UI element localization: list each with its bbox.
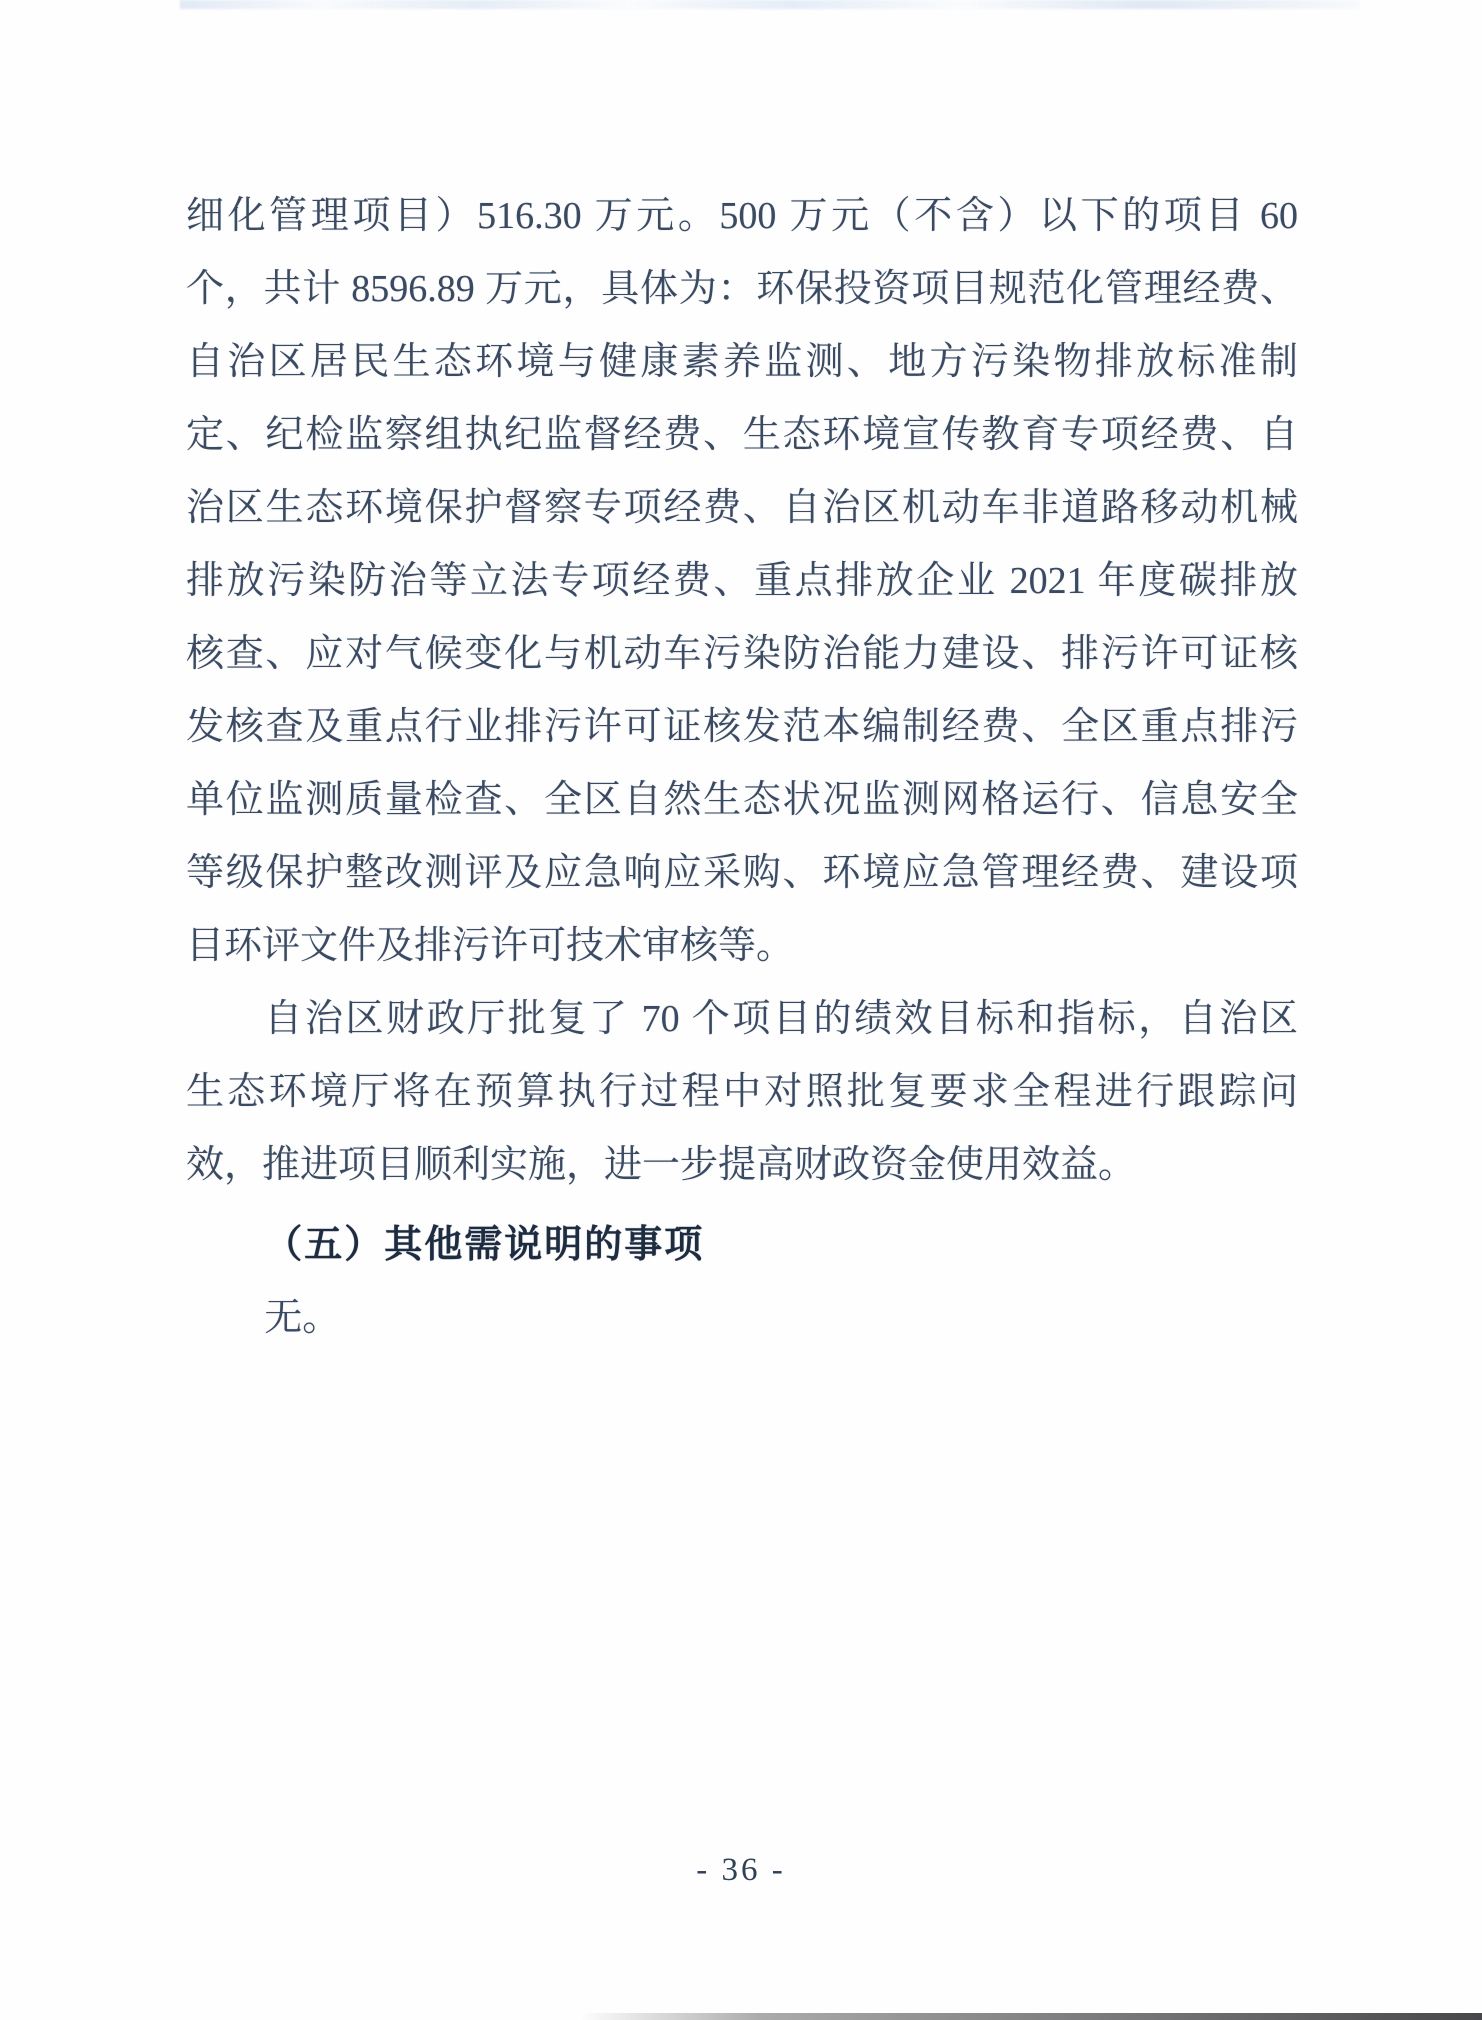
scan-artifact-top-edge [180, 0, 1360, 9]
text-line: 等级保护整改测评及应急响应采购、环境应急管理经费、建设项 [186, 837, 1298, 910]
text-line: 个，共计 8596.89 万元，具体为：环保投资项目规范化管理经费、 [186, 253, 1298, 326]
text-line: 单位监测质量检查、全区自然生态状况监测网格运行、信息安全 [186, 764, 1298, 837]
text-line: 核查、应对气候变化与机动车污染防治能力建设、排污许可证核 [186, 618, 1298, 691]
text-line: 自治区财政厅批复了 70 个项目的绩效目标和指标，自治区 [186, 983, 1298, 1056]
text-line: 治区生态环境保护督察专项经费、自治区机动车非道路移动机械 [186, 472, 1298, 545]
text-line: 生态环境厅将在预算执行过程中对照批复要求全程进行跟踪问 [186, 1056, 1298, 1129]
paragraph: 自治区财政厅批复了 70 个项目的绩效目标和指标，自治区生态环境厅将在预算执行过… [186, 983, 1298, 1202]
scan-artifact-bottom-edge [580, 2013, 1482, 2020]
section-heading: （五）其他需说明的事项 [186, 1209, 1298, 1282]
text-line: 定、纪检监察组执纪监督经费、生态环境宣传教育专项经费、自 [186, 399, 1298, 472]
document-page: 细化管理项目）516.30 万元。500 万元（不含）以下的项目 60个，共计 … [0, 0, 1482, 2020]
note-line: 无。 [186, 1282, 1298, 1355]
text-line: 发核查及重点行业排污许可证核发范本编制经费、全区重点排污 [186, 691, 1298, 764]
text-line: 排放污染防治等立法专项经费、重点排放企业 2021 年度碳排放 [186, 545, 1298, 618]
paragraph: 细化管理项目）516.30 万元。500 万元（不含）以下的项目 60个，共计 … [186, 180, 1298, 983]
document-text-block: 细化管理项目）516.30 万元。500 万元（不含）以下的项目 60个，共计 … [186, 180, 1298, 1355]
text-line: 目环评文件及排污许可技术审核等。 [186, 910, 1298, 983]
text-line: 细化管理项目）516.30 万元。500 万元（不含）以下的项目 60 [186, 180, 1298, 253]
page-number: - 36 - [0, 1852, 1482, 1889]
text-line: 效，推进项目顺利实施，进一步提高财政资金使用效益。 [186, 1129, 1298, 1202]
paragraph-list: 细化管理项目）516.30 万元。500 万元（不含）以下的项目 60个，共计 … [186, 180, 1298, 1202]
text-line: 自治区居民生态环境与健康素养监测、地方污染物排放标准制 [186, 326, 1298, 399]
